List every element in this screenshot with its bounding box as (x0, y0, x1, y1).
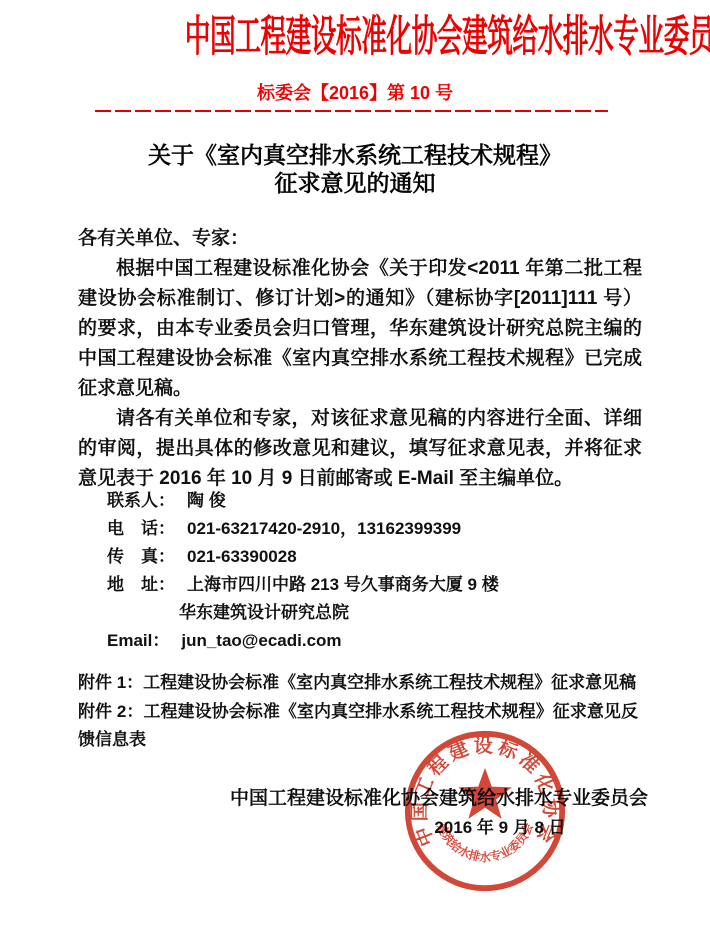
notice-title-line2: 征求意见的通知 (0, 169, 710, 197)
star-icon (458, 768, 512, 819)
contact-label: 电 话： (107, 515, 175, 543)
official-seal: 中国工程建设标准化协会 建筑给水排水专业委员会 (402, 728, 568, 894)
contact-email-value: jun_tao@ecadi.com (181, 627, 341, 655)
contact-label: 联系人： (107, 487, 175, 515)
contact-row-address: 地 址： 上海市四川中路 213 号久事商务大厦 9 楼 (107, 571, 499, 599)
contact-phone-value: 021-63217420-2910，13162399399 (187, 515, 461, 543)
contact-row-address-line2: 华东建筑设计研究总院 (107, 599, 499, 627)
contact-person-value: 陶 俊 (187, 487, 226, 515)
official-notice-document: 中国工程建设标准化协会建筑给水排水专业委员会 标委会【2016】第 10 号 关… (0, 0, 710, 942)
contact-address-value: 上海市四川中路 213 号久事商务大厦 9 楼 (187, 571, 499, 599)
svg-text:建筑给水排水专业委员会: 建筑给水排水专业委员会 (434, 821, 536, 864)
document-number: 标委会【2016】第 10 号 (0, 79, 710, 105)
attachment-item-1: 附件 1：工程建设协会标准《室内真空排水系统工程技术规程》征求意见稿 (78, 669, 638, 698)
notice-body: 各有关单位、专家： 根据中国工程建设标准化协会《关于印发<2011 年第二批工程… (78, 224, 642, 494)
notice-title-line1: 关于《室内真空排水系统工程技术规程》 (0, 141, 710, 169)
salutation: 各有关单位、专家： (78, 224, 642, 254)
contact-row-email: Email： jun_tao@ecadi.com (107, 627, 499, 655)
body-paragraph-1: 根据中国工程建设标准化协会《关于印发<2011 年第二批工程建设协会标准制订、修… (78, 254, 642, 404)
contact-row-phone: 电 话： 021-63217420-2910，13162399399 (107, 515, 499, 543)
body-paragraph-2: 请各有关单位和专家，对该征求意见稿的内容进行全面、详细的审阅，提出具体的修改意见… (78, 404, 642, 494)
contact-row-person: 联系人： 陶 俊 (107, 487, 499, 515)
contact-fax-value: 021-63390028 (187, 543, 297, 571)
contact-label: 传 真： (107, 543, 175, 571)
contact-address-line2-value: 华东建筑设计研究总院 (179, 599, 349, 627)
letterhead-org-title: 中国工程建设标准化协会建筑给水排水专业委员会 (185, 14, 710, 60)
contact-label: 地 址： (107, 571, 175, 599)
seal-bottom-text: 建筑给水排水专业委员会 (434, 821, 536, 864)
contact-row-fax: 传 真： 021-63390028 (107, 543, 499, 571)
contact-block: 联系人： 陶 俊 电 话： 021-63217420-2910，13162399… (107, 487, 499, 655)
letterhead: 中国工程建设标准化协会建筑给水排水专业委员会 (0, 14, 710, 60)
notice-title: 关于《室内真空排水系统工程技术规程》 征求意见的通知 (0, 141, 710, 197)
contact-label (107, 599, 167, 627)
letterhead-divider (95, 110, 608, 112)
contact-label: Email： (107, 627, 169, 655)
